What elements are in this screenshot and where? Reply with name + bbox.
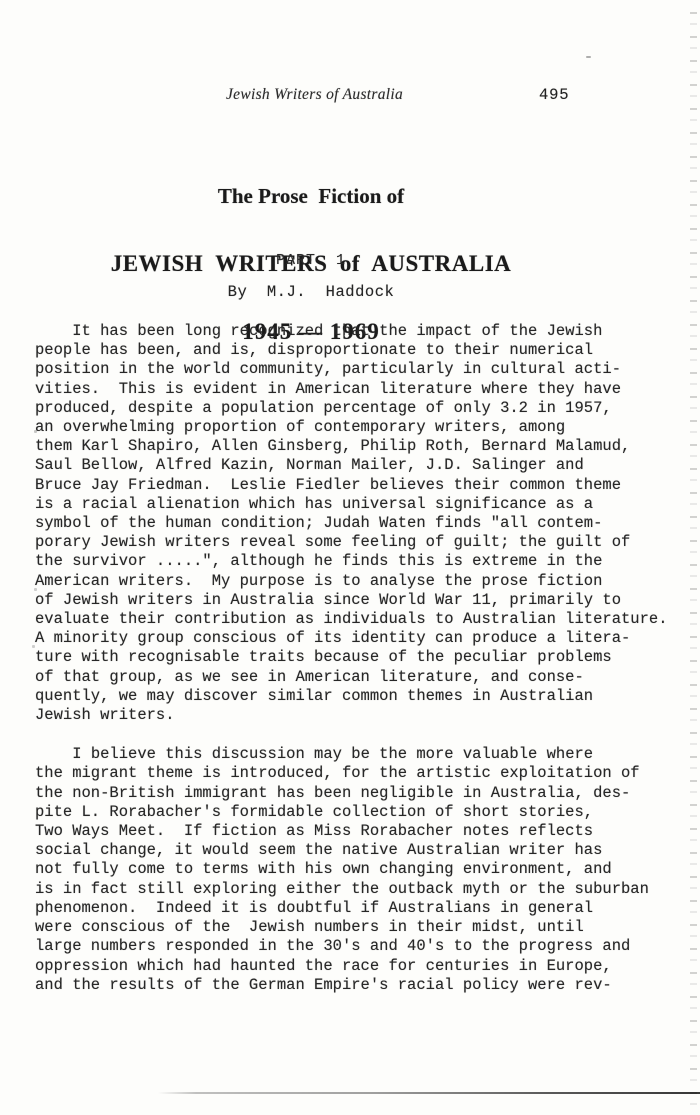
scan-speck	[34, 430, 37, 433]
body-paragraph-1: It has been long recognized that the imp…	[35, 322, 685, 725]
scan-speck	[34, 588, 37, 591]
byline: By M.J. Haddock	[0, 283, 622, 301]
part-label: PART 1	[0, 252, 622, 269]
scan-speck	[32, 645, 35, 648]
page-number: 495	[539, 86, 569, 104]
scan-speck	[586, 56, 591, 58]
running-header-title: Jewish Writers of Australia	[226, 86, 403, 104]
document-page: Jewish Writers of Australia 495 The Pros…	[0, 0, 700, 1115]
article-title-line1: The Prose Fiction of	[0, 186, 622, 207]
body-paragraph-2: I believe this discussion may be the mor…	[35, 745, 685, 995]
article-body: It has been long recognized that the imp…	[35, 322, 685, 995]
scan-bottom-edge-line	[158, 1092, 700, 1094]
scan-edge-speckles	[690, 12, 697, 1105]
